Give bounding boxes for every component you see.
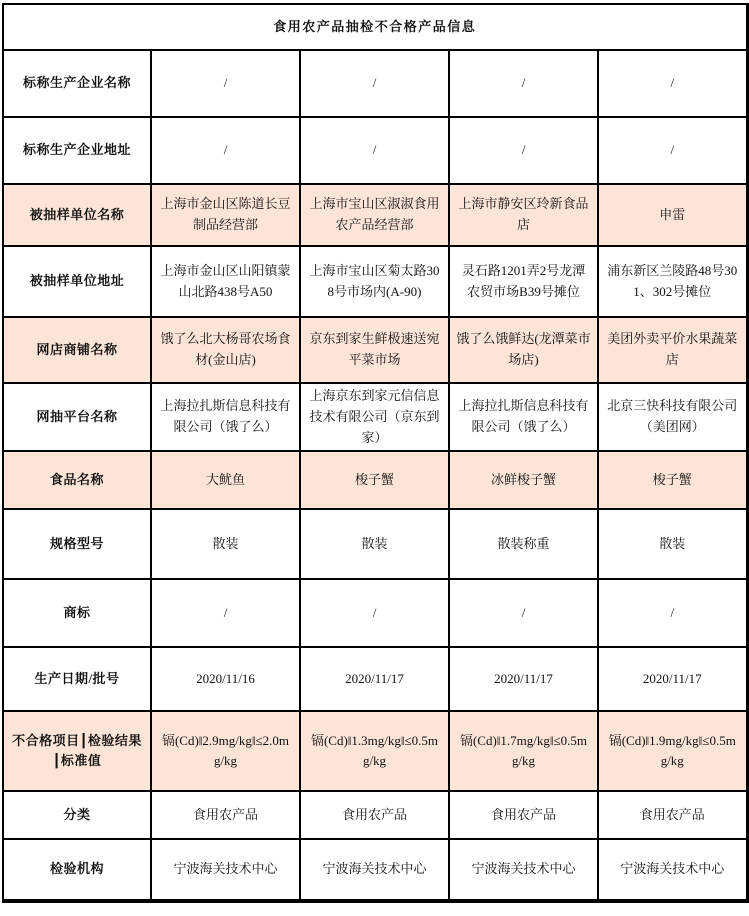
table-row: 检验机构 宁波海关技术中心 宁波海关技术中心 宁波海关技术中心 宁波海关技术中心 [3, 839, 747, 901]
data-cell: 散装称重 [449, 509, 598, 579]
data-cell: / [449, 117, 598, 184]
table-row: 被抽样单位地址 上海市金山区山阳镇蒙山北路438号A50 上海市宝山区菊太路30… [3, 246, 747, 317]
data-cell: 北京三快科技有限公司（美团网） [598, 383, 747, 451]
row-header-cell: 商标 [3, 579, 151, 647]
data-cell: 美团外卖平价水果蔬菜店 [598, 317, 747, 383]
data-cell: 上海拉扎斯信息科技有限公司（饿了么） [449, 383, 598, 451]
data-cell: 饿了么北大杨哥农场食材(金山店) [151, 317, 300, 383]
row-header-cell: 食品名称 [3, 451, 151, 509]
data-cell: / [151, 50, 300, 117]
row-header-cell: 被抽样单位名称 [3, 184, 151, 246]
data-cell: / [598, 117, 747, 184]
data-cell: 宁波海关技术中心 [300, 839, 449, 901]
data-cell: 食用农产品 [598, 791, 747, 839]
data-cell: 上海市静安区玲新食品店 [449, 184, 598, 246]
table-row: 食品名称 大鱿鱼 梭子蟹 冰鲜梭子蟹 梭子蟹 [3, 451, 747, 509]
data-cell: 上海市宝山区菊太路308号市场内(A-90) [300, 246, 449, 317]
data-cell: 宁波海关技术中心 [598, 839, 747, 901]
table-row: 被抽样单位名称 上海市金山区陈道长豆制品经营部 上海市宝山区淑淑食用农产品经营部… [3, 184, 747, 246]
data-cell: 2020/11/17 [598, 647, 747, 711]
data-cell: 梭子蟹 [300, 451, 449, 509]
row-header-cell: 被抽样单位地址 [3, 246, 151, 317]
data-cell: 冰鲜梭子蟹 [449, 451, 598, 509]
data-cell: / [598, 579, 747, 647]
data-cell: 2020/11/17 [449, 647, 598, 711]
table-row: 生产日期/批号 2020/11/16 2020/11/17 2020/11/17… [3, 647, 747, 711]
table-row: 商标 / / / / [3, 579, 747, 647]
data-cell: 宁波海关技术中心 [449, 839, 598, 901]
data-cell: / [300, 579, 449, 647]
table-row: 不合格项目┃检验结果┃标准值 镉(Cd)‖2.9mg/kg‖≤2.0mg/kg … [3, 711, 747, 791]
table-row: 分类 食用农产品 食用农产品 食用农产品 食用农产品 [3, 791, 747, 839]
data-cell: 散装 [598, 509, 747, 579]
row-header-cell: 规格型号 [3, 509, 151, 579]
data-cell: / [598, 50, 747, 117]
data-cell: 京东到家生鲜极速送宛平菜市场 [300, 317, 449, 383]
data-cell: / [449, 50, 598, 117]
data-cell: / [151, 579, 300, 647]
data-cell: 镉(Cd)‖1.9mg/kg‖≤0.5mg/kg [598, 711, 747, 791]
title-row: 食用农产品抽检不合格产品信息 [3, 4, 747, 50]
row-header-cell: 检验机构 [3, 839, 151, 901]
data-cell: 镉(Cd)‖1.3mg/kg‖≤0.5mg/kg [300, 711, 449, 791]
data-cell: 上海京东到家元信信息技术有限公司（京东到家） [300, 383, 449, 451]
data-cell: / [300, 117, 449, 184]
data-cell: 浦东新区兰陵路48号301、302号摊位 [598, 246, 747, 317]
page-title: 食用农产品抽检不合格产品信息 [3, 4, 747, 50]
row-header-cell: 不合格项目┃检验结果┃标准值 [3, 711, 151, 791]
row-header-cell: 标称生产企业地址 [3, 117, 151, 184]
data-cell: 镉(Cd)‖1.7mg/kg‖≤0.5mg/kg [449, 711, 598, 791]
data-cell: 上海市宝山区淑淑食用农产品经营部 [300, 184, 449, 246]
table-row: 网抽平台名称 上海拉扎斯信息科技有限公司（饿了么） 上海京东到家元信信息技术有限… [3, 383, 747, 451]
data-cell: / [449, 579, 598, 647]
row-header-cell: 网抽平台名称 [3, 383, 151, 451]
data-cell: 上海拉扎斯信息科技有限公司（饿了么） [151, 383, 300, 451]
data-cell: 2020/11/17 [300, 647, 449, 711]
data-cell: 食用农产品 [151, 791, 300, 839]
data-cell: 宁波海关技术中心 [151, 839, 300, 901]
data-cell: 2020/11/16 [151, 647, 300, 711]
row-header-cell: 标称生产企业名称 [3, 50, 151, 117]
row-header-cell: 生产日期/批号 [3, 647, 151, 711]
data-cell: 上海市金山区陈道长豆制品经营部 [151, 184, 300, 246]
table-row: 标称生产企业地址 / / / / [3, 117, 747, 184]
data-cell: / [151, 117, 300, 184]
data-cell: 灵石路1201弄2号龙潭农贸市场B39号摊位 [449, 246, 598, 317]
data-cell: 食用农产品 [449, 791, 598, 839]
row-header-cell: 分类 [3, 791, 151, 839]
data-cell: 食用农产品 [300, 791, 449, 839]
data-cell: 散装 [151, 509, 300, 579]
data-cell: 镉(Cd)‖2.9mg/kg‖≤2.0mg/kg [151, 711, 300, 791]
table-row: 标称生产企业名称 / / / / [3, 50, 747, 117]
table-row: 网店商铺名称 饿了么北大杨哥农场食材(金山店) 京东到家生鲜极速送宛平菜市场 饿… [3, 317, 747, 383]
data-cell: / [300, 50, 449, 117]
table-row: 规格型号 散装 散装 散装称重 散装 [3, 509, 747, 579]
data-cell: 散装 [300, 509, 449, 579]
data-cell: 大鱿鱼 [151, 451, 300, 509]
data-cell: 上海市金山区山阳镇蒙山北路438号A50 [151, 246, 300, 317]
data-cell: 梭子蟹 [598, 451, 747, 509]
inspection-table: 食用农产品抽检不合格产品信息 标称生产企业名称 / / / / 标称生产企业地址… [2, 3, 749, 903]
row-header-cell: 网店商铺名称 [3, 317, 151, 383]
data-cell: 饿了么饿鲜达(龙潭菜市场店) [449, 317, 598, 383]
data-cell: 申雷 [598, 184, 747, 246]
